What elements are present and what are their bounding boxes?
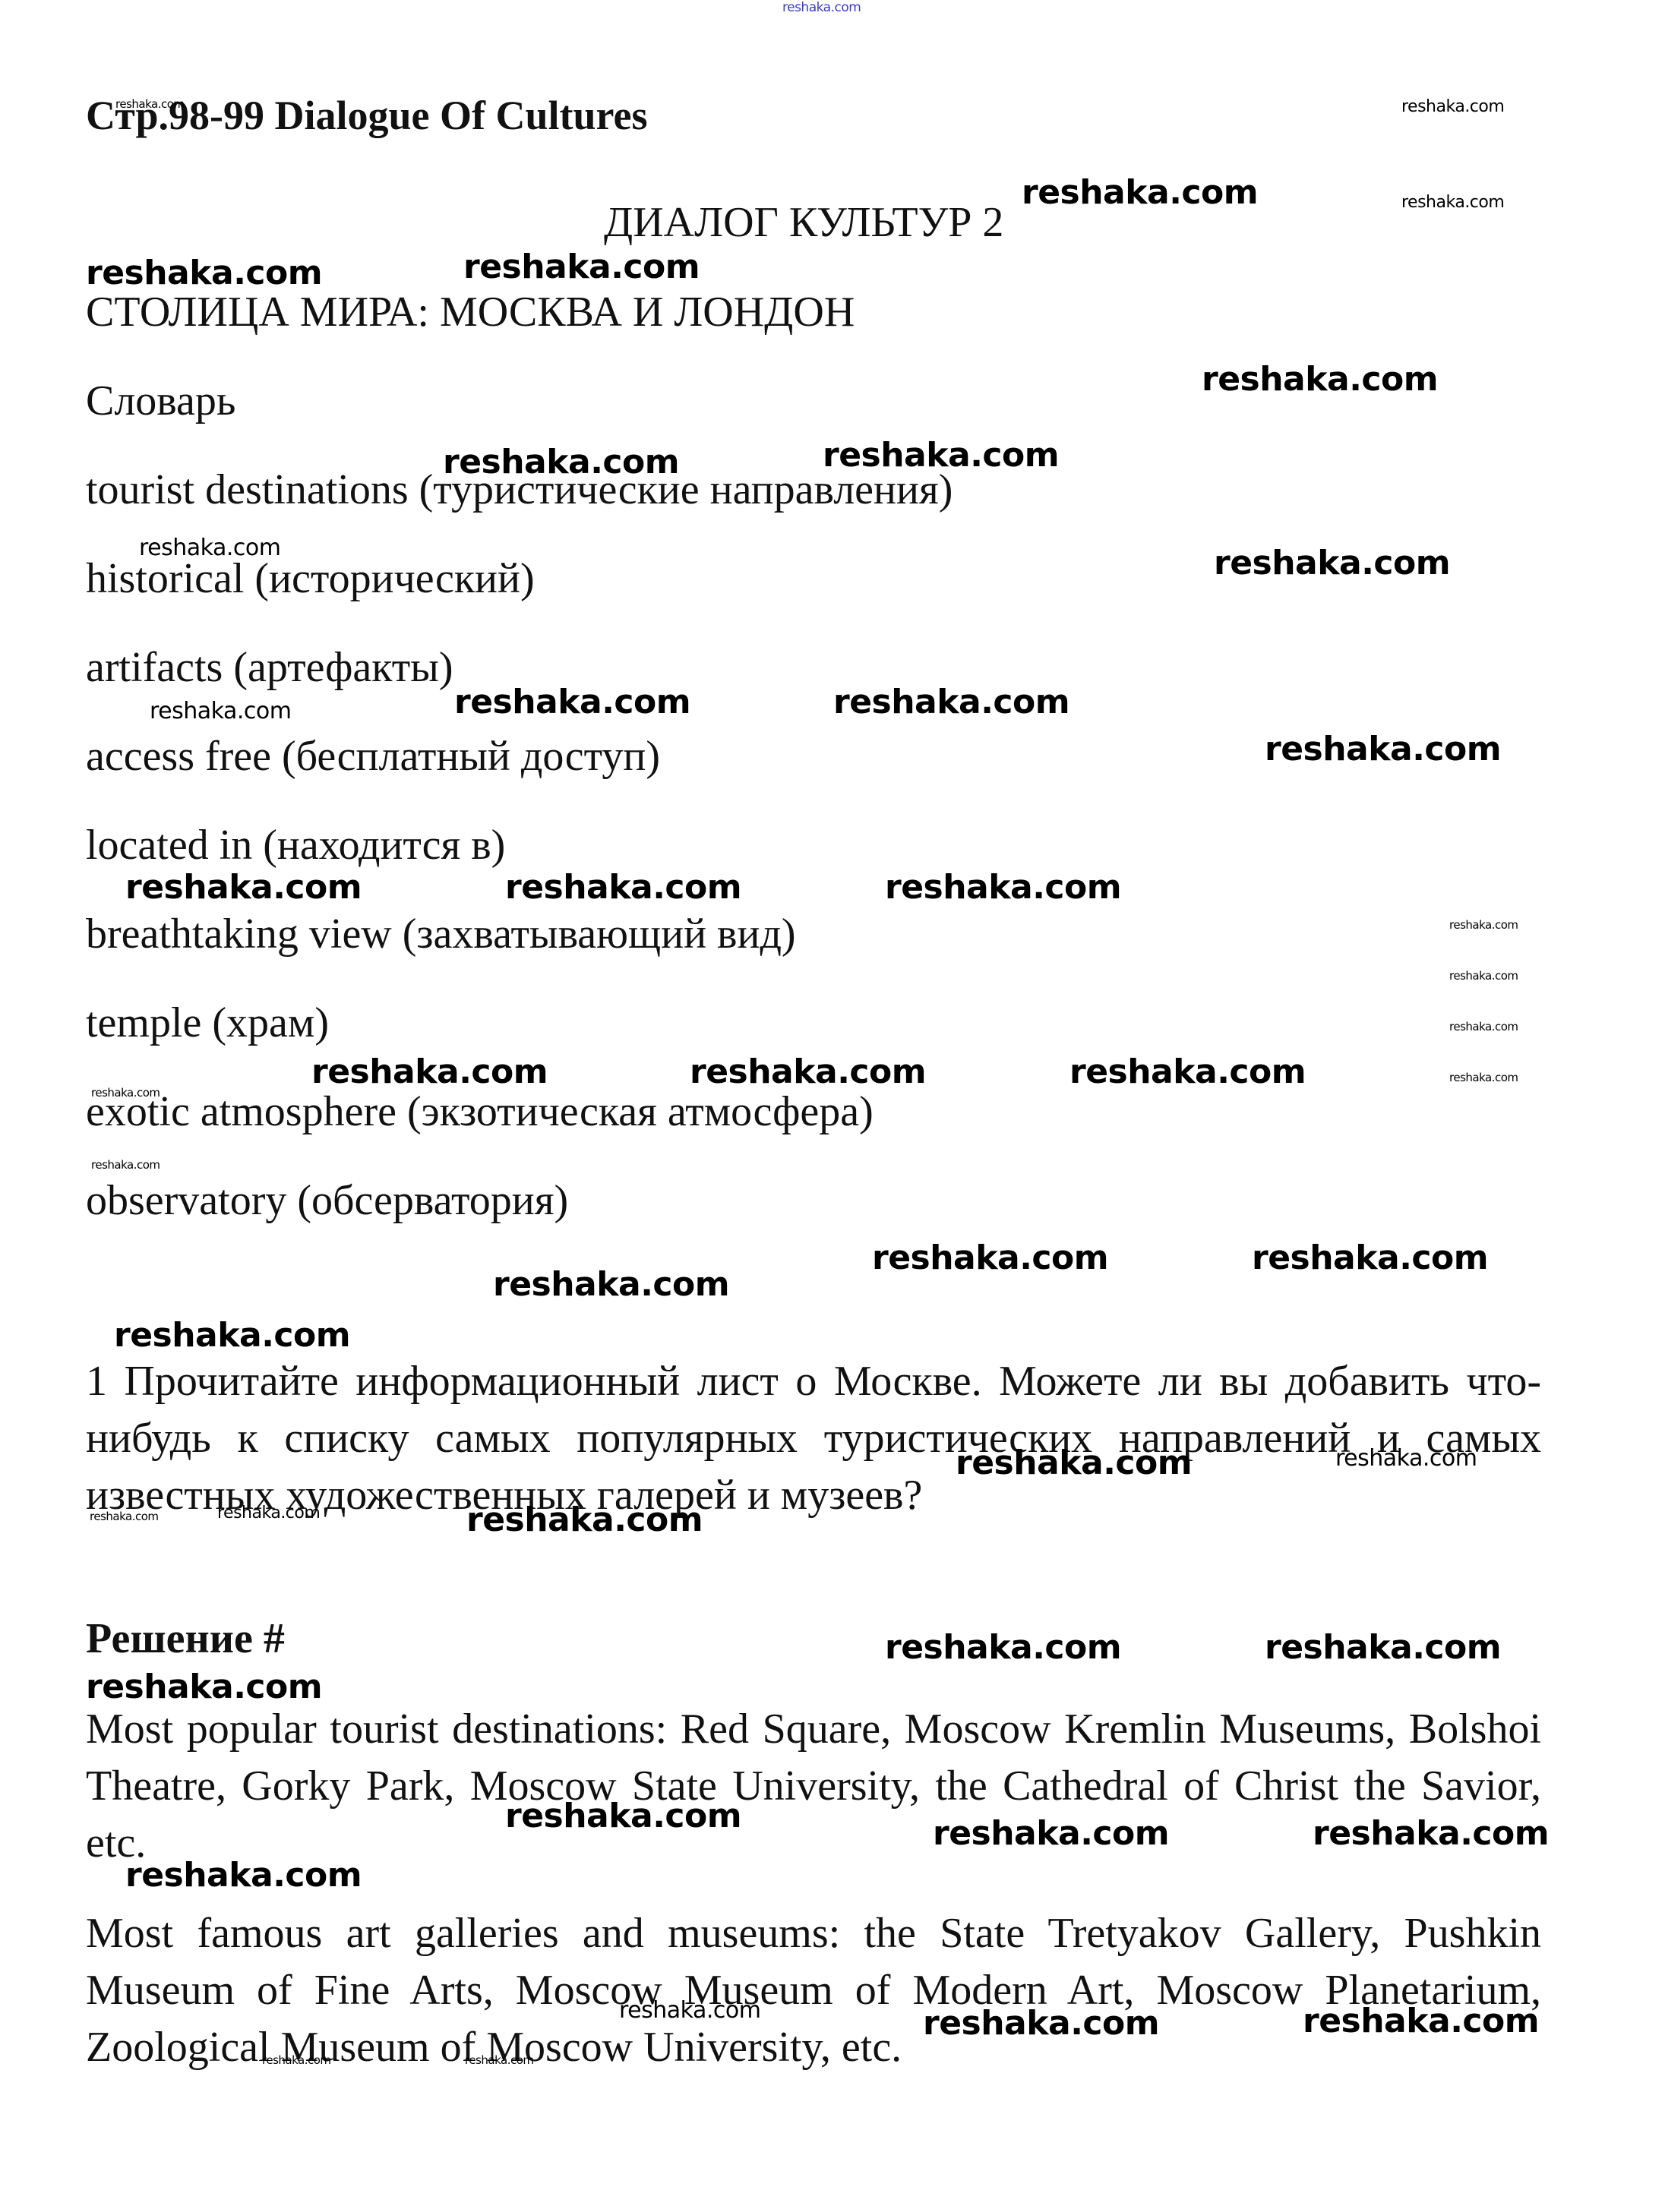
task-text: 1 Прочитайте информационный лист о Москв…: [86, 1353, 1541, 1524]
vocab-item: exotic atmosphere (экзотическая атмосфер…: [86, 1090, 874, 1133]
watermark: reshaka.com: [956, 1447, 1192, 1480]
vocab-item: access free (бесплатный доступ): [86, 735, 660, 778]
watermark: reshaka.com: [150, 700, 292, 723]
watermark: reshaka.com: [125, 871, 362, 904]
watermark: reshaka.com: [1265, 733, 1501, 766]
watermark: reshaka.com: [1313, 1817, 1549, 1851]
watermark: reshaka.com: [505, 1800, 741, 1833]
vocab-item: temple (храм): [86, 1002, 329, 1044]
watermark: reshaka.com: [217, 1505, 320, 1522]
section-title: СТОЛИЦА МИРА: МОСКВА И ЛОНДОН: [86, 291, 855, 333]
watermark: reshaka.com: [1335, 1447, 1477, 1470]
watermark: reshaka.com: [125, 1859, 362, 1892]
vocab-item: observatory (обсерватория): [86, 1179, 568, 1222]
vocab-item: artifacts (артефакты): [86, 646, 453, 689]
vocab-item: breathtaking view (захватывающий вид): [86, 913, 796, 955]
watermark: reshaka.com: [833, 686, 1069, 719]
vocab-item: tourist destinations (туристические напр…: [86, 469, 953, 511]
watermark: reshaka.com: [1069, 1056, 1306, 1089]
watermark: reshaka.com: [90, 1511, 159, 1523]
watermark: reshaka.com: [1449, 920, 1518, 931]
watermark: reshaka.com: [619, 1999, 761, 2022]
watermark: reshaka.com: [1202, 363, 1438, 396]
watermark: reshaka.com: [466, 1504, 703, 1537]
watermark: reshaka.com: [1449, 1072, 1518, 1084]
solution-heading: Решение #: [86, 1617, 285, 1660]
watermark: reshaka.com: [463, 251, 700, 284]
watermark: reshaka.com: [86, 257, 322, 290]
watermark: reshaka.com: [1449, 970, 1518, 982]
watermark: reshaka.com: [493, 1268, 729, 1302]
watermark: reshaka.com: [465, 2055, 534, 2066]
solution-paragraph-museums: Most famous art galleries and museums: t…: [86, 1905, 1541, 2076]
watermark: reshaka.com: [1022, 176, 1258, 210]
watermark: reshaka.com: [86, 1671, 322, 1704]
watermark: reshaka.com: [885, 871, 1121, 904]
watermark: reshaka.com: [311, 1056, 548, 1089]
watermark: reshaka.com: [1252, 1242, 1488, 1275]
vocabulary-heading: Словарь: [86, 380, 235, 422]
watermark: reshaka.com: [1449, 1021, 1518, 1033]
watermark: reshaka.com: [872, 1242, 1108, 1275]
watermark: reshaka.com: [262, 2055, 331, 2066]
vocab-item: located in (находится в): [86, 824, 505, 866]
watermark: reshaka.com: [885, 1631, 1121, 1665]
watermark: reshaka.com: [933, 1817, 1169, 1851]
watermark: reshaka.com: [1214, 547, 1450, 580]
subtitle-center: ДИАЛОГ КУЛЬТУР 2: [604, 201, 1003, 244]
watermark: reshaka.com: [505, 871, 741, 904]
top-watermark: reshaka.com: [782, 2, 861, 14]
watermark: reshaka.com: [114, 1319, 350, 1352]
watermark: reshaka.com: [1265, 1631, 1501, 1665]
watermark: reshaka.com: [454, 686, 690, 719]
watermark: reshaka.com: [1303, 2005, 1539, 2038]
watermark: reshaka.com: [690, 1056, 926, 1089]
watermark: reshaka.com: [115, 99, 185, 110]
watermark: reshaka.com: [1401, 99, 1504, 115]
watermark: reshaka.com: [1401, 194, 1504, 211]
watermark: reshaka.com: [923, 2007, 1159, 2040]
watermark: reshaka.com: [91, 1160, 160, 1171]
vocab-item: historical (исторический): [86, 557, 535, 600]
